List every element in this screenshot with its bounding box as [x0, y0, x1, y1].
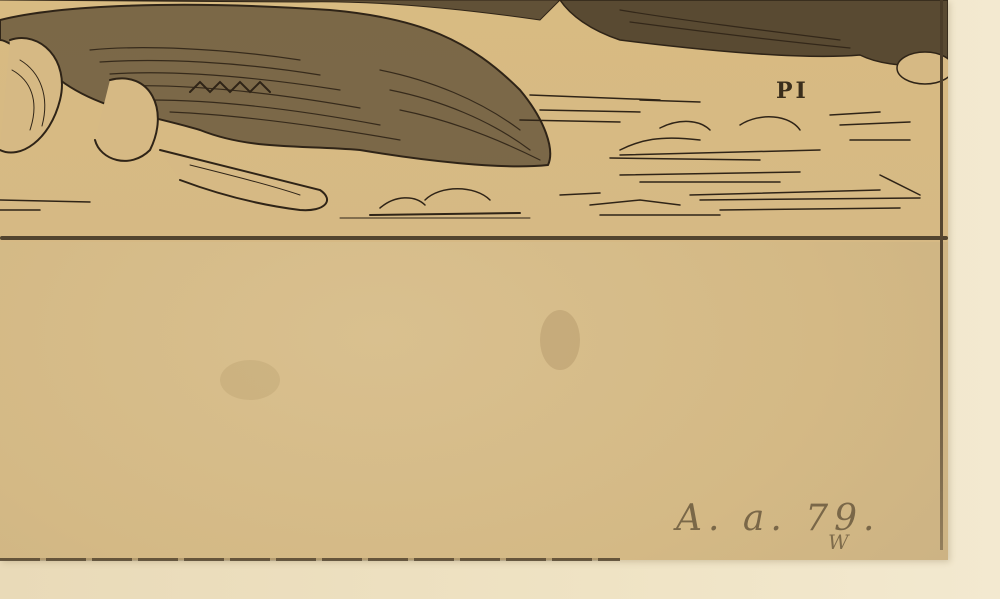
paper-stain [220, 360, 280, 400]
etching-drawing [0, 0, 948, 242]
plate-monogram: PI [776, 78, 809, 104]
margin-inscription-sub: W [828, 530, 849, 554]
margin-inscription: A. a. 79. [676, 498, 881, 539]
sheet-edge-line [0, 558, 620, 561]
print-sheet: PI A. a. 79. W [0, 0, 948, 560]
plate-mark-right [940, 0, 943, 550]
plate-mark-bottom [0, 236, 948, 240]
paper-stain [540, 310, 580, 370]
